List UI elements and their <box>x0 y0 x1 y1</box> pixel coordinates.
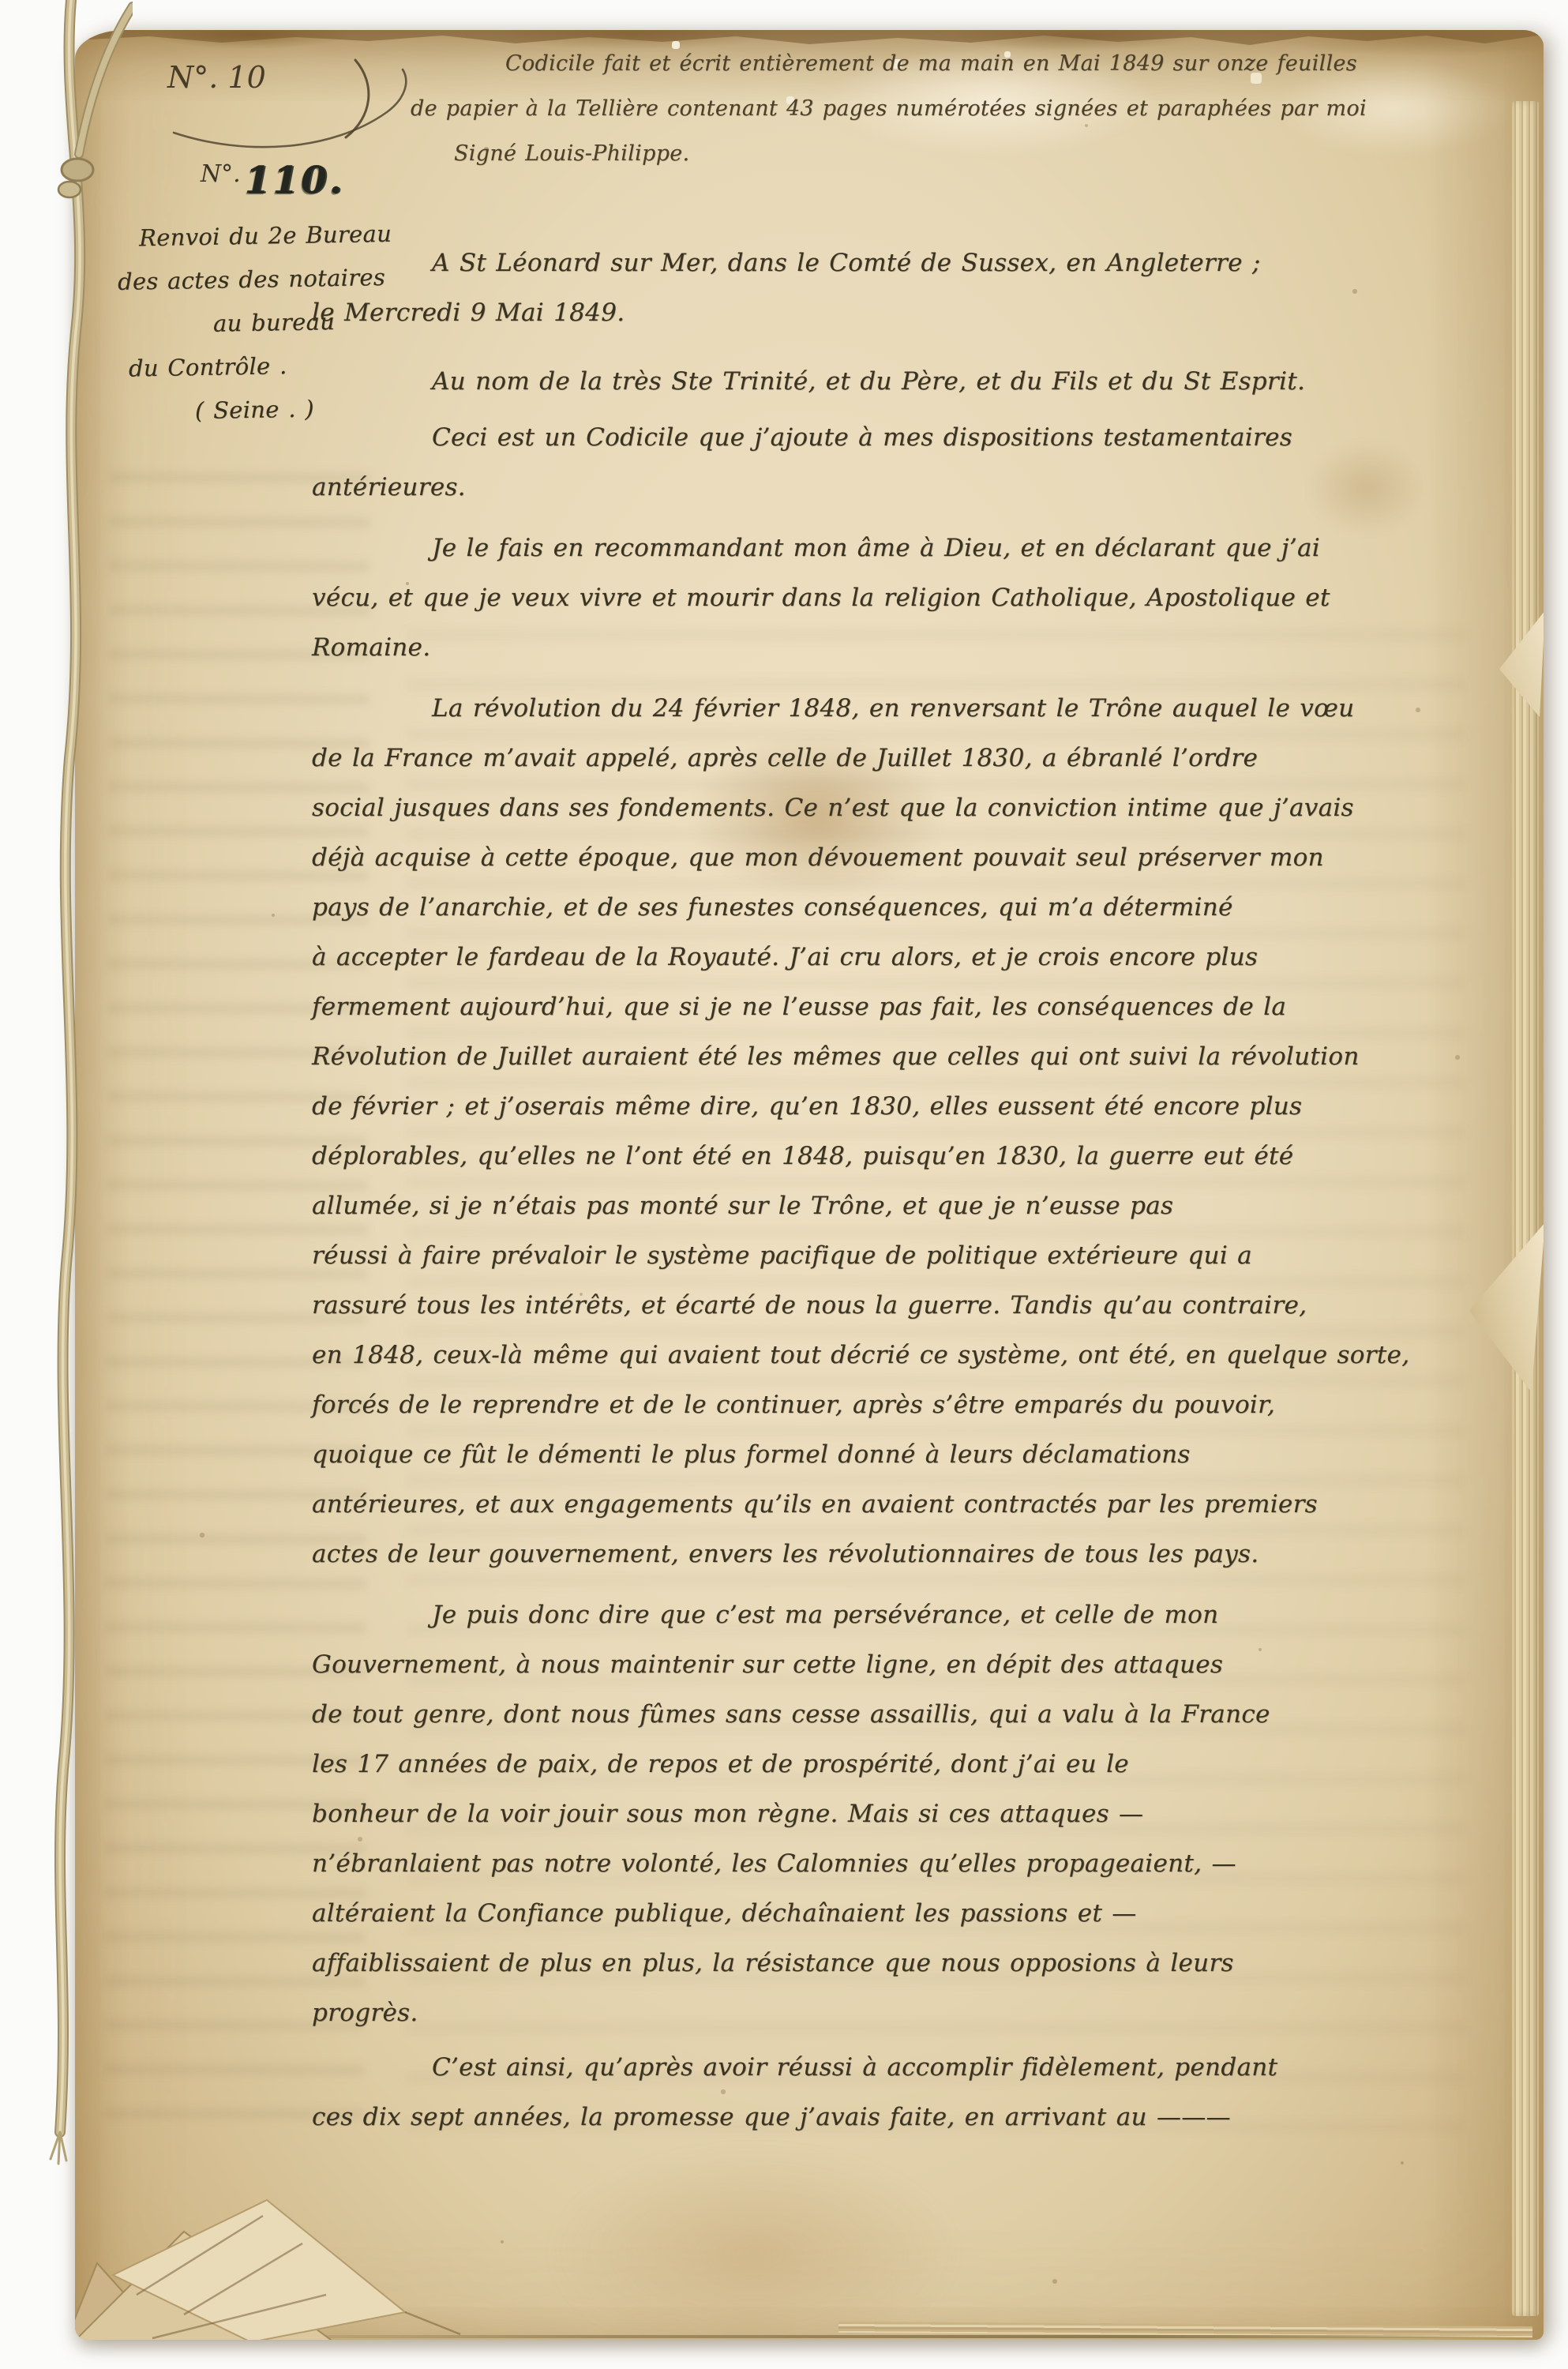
manuscript-line: quoique ce fût le démenti le plus formel… <box>312 1430 1480 1480</box>
paragraph: Ceci est un Codicile que j’ajoute à mes … <box>312 413 1480 512</box>
bottom-stack-edge <box>838 2322 1532 2337</box>
manuscript-line: n’ébranlaient pas notre volonté, les Cal… <box>312 1839 1480 1889</box>
manuscript-line: de tout genre, dont nous fûmes sans cess… <box>312 1690 1480 1740</box>
manuscript-line: de février ; et j’oserais même dire, qu’… <box>312 1082 1480 1132</box>
manuscript-page: N°. 10 Codicile fait et écrit entièremen… <box>75 30 1544 2340</box>
paragraph: Je puis donc dire que c’est ma persévéra… <box>312 1590 1480 2038</box>
manuscript-line: réussi à faire prévaloir le système paci… <box>312 1231 1480 1281</box>
manuscript-line: C’est ainsi, qu’après avoir réussi à acc… <box>312 2043 1480 2093</box>
manuscript-line: Ceci est un Codicile que j’ajoute à mes … <box>312 413 1480 463</box>
manuscript-line: altéraient la Confiance publique, déchaî… <box>312 1889 1480 1939</box>
folio-number: N°. 10 <box>150 44 434 163</box>
dog-ear-fold <box>1469 1222 1544 1392</box>
manuscript-line: de la France m’avait appelé, après celle… <box>312 734 1480 783</box>
page-stack-edge <box>1512 101 1539 2316</box>
manuscript-line: A St Léonard sur Mer, dans le Comté de S… <box>312 238 1480 288</box>
paragraph: La révolution du 24 février 1848, en ren… <box>312 684 1480 1579</box>
scan-background: N°. 10 Codicile fait et écrit entièremen… <box>0 0 1568 2369</box>
codicil-body: A St Léonard sur Mer, dans le Comté de S… <box>312 238 1480 2142</box>
folio-number-label: N°. 10 <box>167 60 266 95</box>
manuscript-line: fermement aujourd’hui, que si je ne l’eu… <box>312 982 1480 1032</box>
registration-note-line: de papier à la Tellière contenant 43 pag… <box>411 86 1532 131</box>
manuscript-line: Je le fais en recommandant mon âme à Die… <box>312 524 1480 573</box>
registration-note-line: Codicile fait et écrit entièrement de ma… <box>411 41 1532 86</box>
manuscript-line: en 1848, ceux-là même qui avaient tout d… <box>312 1331 1480 1380</box>
binding-twine <box>14 0 133 2179</box>
stain <box>549 2146 959 2340</box>
manuscript-line: déplorables, qu’elles ne l’ont été en 18… <box>312 1132 1480 1181</box>
manuscript-line: forcés de le reprendre et de le continue… <box>312 1380 1480 1430</box>
manuscript-line: pays de l’anarchie, et de ses funestes c… <box>312 883 1480 933</box>
manuscript-line: La révolution du 24 février 1848, en ren… <box>312 684 1480 734</box>
manuscript-line: déjà acquise à cette époque, que mon dév… <box>312 833 1480 883</box>
paragraph: Au nom de la très Ste Trinité, et du Pèr… <box>312 357 1480 407</box>
act-number: N°. 110. <box>154 159 391 202</box>
manuscript-line: antérieures, et aux engagements qu’ils e… <box>312 1480 1480 1530</box>
paragraph: A St Léonard sur Mer, dans le Comté de S… <box>312 238 1480 338</box>
manuscript-line: bonheur de la voir jouir sous mon règne.… <box>312 1789 1480 1839</box>
manuscript-line: allumée, si je n’étais pas monté sur le … <box>312 1181 1480 1231</box>
act-number-value: 110. <box>245 159 344 202</box>
paragraph: C’est ainsi, qu’après avoir réussi à acc… <box>312 2043 1480 2142</box>
manuscript-line: affaiblissaient de plus en plus, la rési… <box>312 1939 1480 1988</box>
manuscript-line: à accepter le fardeau de la Royauté. J’a… <box>312 933 1480 982</box>
manuscript-line: antérieures. <box>312 463 1480 512</box>
act-number-prefix: N°. <box>201 160 241 188</box>
manuscript-line: le Mercredi 9 Mai 1849. <box>312 288 1480 338</box>
manuscript-line: Gouvernement, à nous maintenir sur cette… <box>312 1640 1480 1690</box>
manuscript-line: Révolution de Juillet auraient été les m… <box>312 1032 1480 1082</box>
manuscript-line: Au nom de la très Ste Trinité, et du Pèr… <box>312 357 1480 407</box>
paragraph: Je le fais en recommandant mon âme à Die… <box>312 524 1480 673</box>
manuscript-line: vécu, et que je veux vivre et mourir dan… <box>312 573 1480 623</box>
manuscript-line: ces dix sept années, la promesse que j’a… <box>312 2093 1480 2142</box>
registration-note-line: Signé Louis-Philippe. <box>411 131 1532 176</box>
registration-note: Codicile fait et écrit entièrement de ma… <box>411 41 1532 176</box>
manuscript-line: social jusques dans ses fondements. Ce n… <box>312 783 1480 833</box>
manuscript-line: progrès. <box>312 1988 1480 2038</box>
manuscript-line: Je puis donc dire que c’est ma persévéra… <box>312 1590 1480 1640</box>
manuscript-line: rassuré tous les intérêts, et écarté de … <box>312 1281 1480 1331</box>
manuscript-line: actes de leur gouvernement, envers les r… <box>312 1530 1480 1579</box>
crumpled-corner <box>75 2105 476 2340</box>
manuscript-line: les 17 années de paix, de repos et de pr… <box>312 1740 1480 1789</box>
dog-ear-fold <box>1499 610 1544 717</box>
manuscript-line: Romaine. <box>312 623 1480 673</box>
